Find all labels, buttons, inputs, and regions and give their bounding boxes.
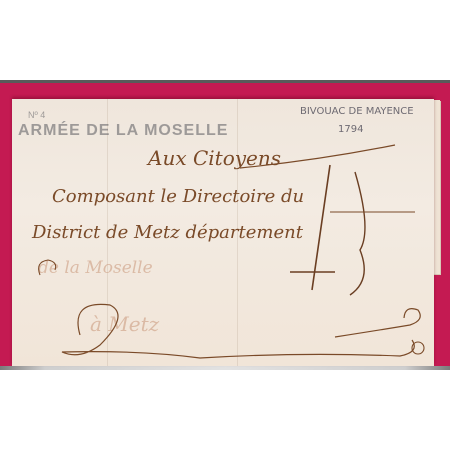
handwriting-flourishes	[0, 0, 450, 450]
